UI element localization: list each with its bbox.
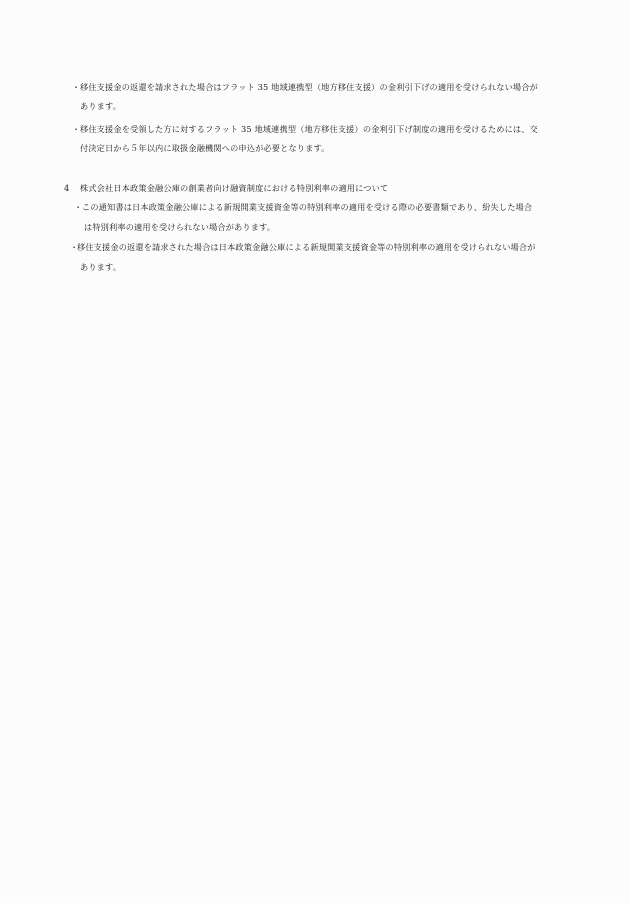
bullet-text-line: 付決定日から５年以内に取扱金融機関への申込が必要となります。 — [80, 143, 329, 154]
section-heading: 株式会社日本政策金融公庫の創業者向け融資制度における特別利率の適用について — [80, 183, 388, 194]
bullet-text-line: 移住支援金の返還を請求された場合は日本政策金融公庫による新規開業支援資金等の特別… — [77, 242, 536, 253]
section-number: 4 — [64, 183, 69, 194]
bullet-text-line: 移住支援金を受領した方に対するフラット 35 地域連携型（地方移住支援）の金利引… — [80, 124, 538, 135]
bullet-text-line: この通知書は日本政策金融公庫による新規開業支援資金等の特別利率の適用を受ける際の… — [82, 202, 532, 213]
bullet-text-line: 移住支援金の返還を請求された場合はフラット 35 地域連携型（地方移住支援）の金… — [80, 82, 538, 93]
bullet-text-line: あります。 — [80, 101, 121, 112]
bullet-text-line: あります。 — [80, 262, 121, 273]
bullet-text-line: は特別利率の適用を受けられない場合があります。 — [84, 222, 275, 233]
